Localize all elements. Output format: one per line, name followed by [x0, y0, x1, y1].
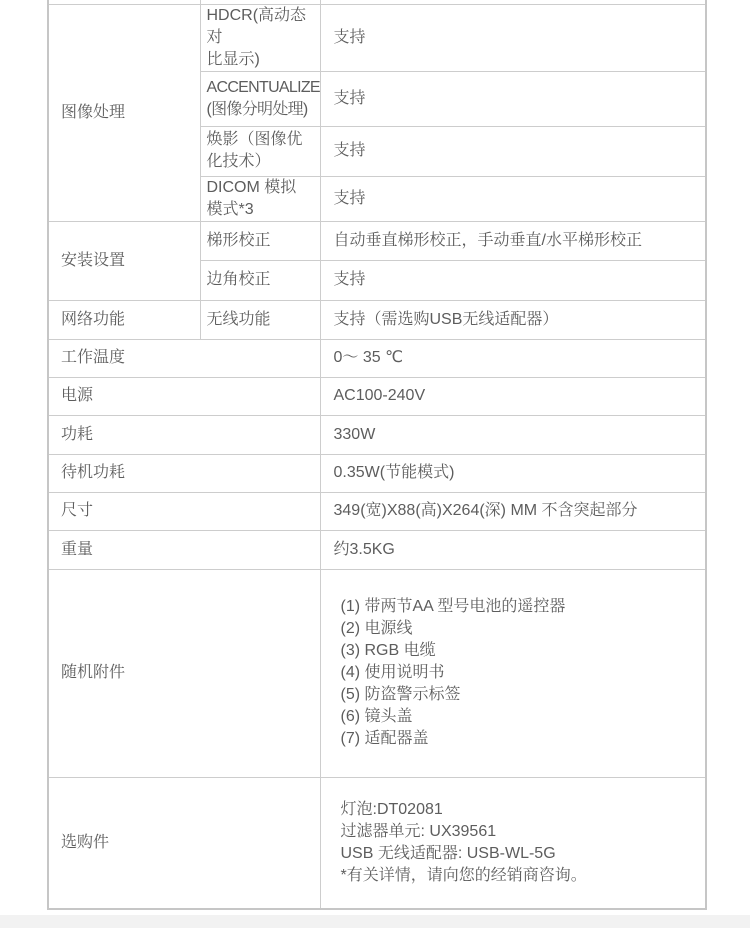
spec-row-optional-parts: 选购件 灯泡:DT02081 过滤器单元: UX39561 USB 无线适配器:…: [48, 777, 706, 909]
spec-subitem-cell: 焕影（图像优 化技术）: [200, 126, 320, 176]
spec-row-temperature: 工作温度 0～ 35 ℃: [48, 339, 706, 377]
spec-value-cell: 0～ 35 ℃: [320, 339, 706, 377]
spec-row-weight: 重量 约3.5KG: [48, 530, 706, 569]
spec-row-hdcr: 图像处理 HDCR(高动态对 比显示) 支持: [48, 4, 706, 71]
spec-label-cell: 尺寸: [48, 492, 320, 530]
spec-value-cell: 支持: [320, 260, 706, 300]
spec-value-cell: 灯泡:DT02081 过滤器单元: UX39561 USB 无线适配器: USB…: [320, 777, 706, 909]
spec-value-cell: 支持: [320, 71, 706, 126]
spec-row-consumption: 功耗 330W: [48, 415, 706, 454]
spec-subitem-cell: 边角校正: [200, 260, 320, 300]
spec-value-cell: 支持: [320, 176, 706, 221]
spec-value-cell: 支持: [320, 4, 706, 71]
spec-category-cell: 安装设置: [48, 221, 200, 300]
spec-row-power-supply: 电源 AC100-240V: [48, 377, 706, 415]
spec-category-cell: 图像处理: [48, 4, 200, 221]
spec-row-standby: 待机功耗 0.35W(节能模式): [48, 454, 706, 492]
spec-value-cell: 0.35W(节能模式): [320, 454, 706, 492]
spec-row-dimensions: 尺寸 349(宽)X88(高)X264(深) MM 不含突起部分: [48, 492, 706, 530]
spec-value-cell: 330W: [320, 415, 706, 454]
spec-subitem-cell: ACCENTUALIZER (图像分明处理): [200, 71, 320, 126]
spec-row-keystone: 安装设置 梯形校正 自动垂直梯形校正，手动垂直/水平梯形校正: [48, 221, 706, 260]
spec-value-cell: 支持（需选购USB无线适配器）: [320, 300, 706, 339]
spec-label-cell: 选购件: [48, 777, 320, 909]
spec-row-wireless: 网络功能 无线功能 支持（需选购USB无线适配器）: [48, 300, 706, 339]
spec-value-cell: 349(宽)X88(高)X264(深) MM 不含突起部分: [320, 492, 706, 530]
spec-label-cell: 工作温度: [48, 339, 320, 377]
spec-label-cell: 电源: [48, 377, 320, 415]
spec-table: 图像处理 HDCR(高动态对 比显示) 支持 ACCENTUALIZER (图像…: [47, 0, 707, 910]
spec-value-cell: 自动垂直梯形校正，手动垂直/水平梯形校正: [320, 221, 706, 260]
spec-label-cell: 待机功耗: [48, 454, 320, 492]
spec-value-cell: 约3.5KG: [320, 530, 706, 569]
spec-subitem-cell: DICOM 模拟 模式*3: [200, 176, 320, 221]
spec-subitem-cell: 梯形校正: [200, 221, 320, 260]
spec-value-cell: AC100-240V: [320, 377, 706, 415]
spec-subitem-cell: 无线功能: [200, 300, 320, 339]
spec-row-accessories: 随机附件 (1) 带两节AA 型号电池的遥控器 (2) 电源线 (3) RGB …: [48, 569, 706, 777]
spec-page: 图像处理 HDCR(高动态对 比显示) 支持 ACCENTUALIZER (图像…: [0, 0, 750, 928]
spec-value-cell: (1) 带两节AA 型号电池的遥控器 (2) 电源线 (3) RGB 电缆 (4…: [320, 569, 706, 777]
page-bottom-divider: [0, 915, 750, 928]
spec-category-cell: 网络功能: [48, 300, 200, 339]
spec-label-cell: 随机附件: [48, 569, 320, 777]
spec-label-cell: 功耗: [48, 415, 320, 454]
spec-label-cell: 重量: [48, 530, 320, 569]
spec-value-cell: 支持: [320, 126, 706, 176]
spec-subitem-cell: HDCR(高动态对 比显示): [200, 4, 320, 71]
